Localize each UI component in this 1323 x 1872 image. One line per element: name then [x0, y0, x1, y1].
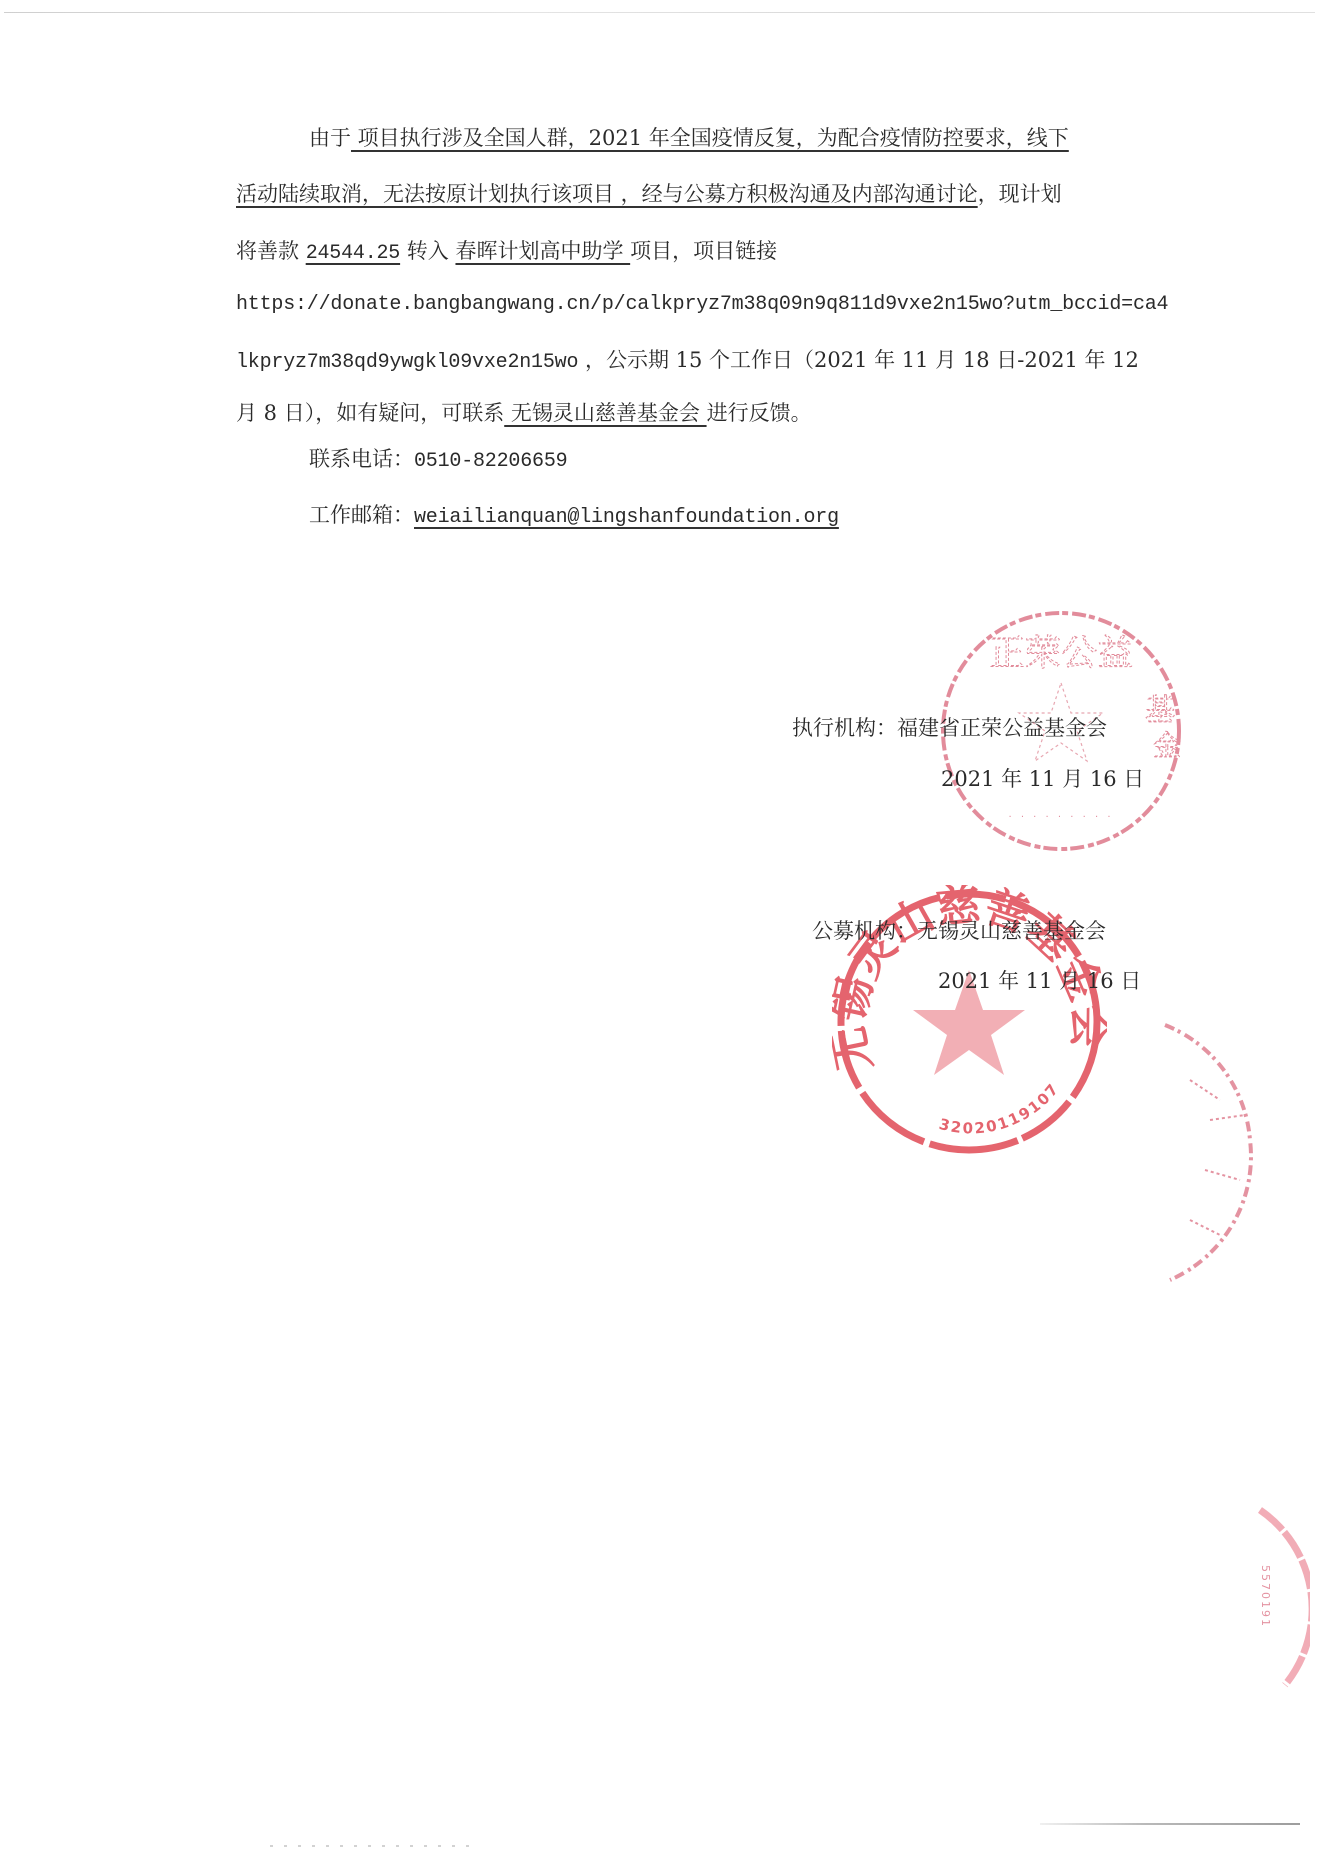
fundraising-org-date: 2021 年 11 月 16 日 — [938, 965, 1141, 995]
target-project: 春晖计划高中助学 — [455, 239, 630, 263]
reason-text-cont: 活动陆续取消，无法按原计划执行该项目 ，经与公募方积极沟通及内部沟通讨论 — [236, 182, 978, 206]
scan-artifact — [270, 1845, 470, 1847]
project-url-line-1[interactable]: https://donate.bangbangwang.cn/p/calkpry… — [236, 293, 1136, 317]
executing-org-label: 执行机构： — [792, 716, 897, 740]
scan-edge-top — [4, 12, 1315, 13]
partial-seal-right — [1150, 1020, 1270, 1290]
contact-phone-line: 联系电话：0510-82206659 — [309, 447, 1209, 474]
executing-org-line: 执行机构：福建省正荣公益基金会 — [792, 712, 1107, 742]
fundraising-org-line: 公募机构：无锡灵山慈善基金会 — [812, 915, 1106, 945]
email-link[interactable]: weiailianquan@lingshanfoundation.org — [414, 506, 839, 529]
phone-label: 联系电话： — [309, 447, 414, 471]
body-line-1: 由于 项目执行涉及全国人群，2021 年全国疫情反复，为配合疫情防控要求，线下 — [236, 126, 1136, 150]
body-line-6: 月 8 日），如有疑问，可联系 无锡灵山慈善基金会 进行反馈。 — [236, 401, 1136, 425]
text-segment: 进行反馈。 — [707, 401, 812, 425]
executing-org-name: 福建省正荣公益基金会 — [897, 716, 1107, 740]
body-line-3: 将善款 24544.25 转入 春晖计划高中助学 项目，项目链接 — [236, 239, 1136, 266]
contact-org: 无锡灵山慈善基金会 — [504, 401, 706, 425]
executing-org-date: 2021 年 11 月 16 日 — [941, 763, 1144, 793]
body-line-2: 活动陆续取消，无法按原计划执行该项目 ，经与公募方积极沟通及内部沟通讨论，现计划 — [236, 182, 1136, 206]
text-segment: ，现计划 — [978, 182, 1062, 206]
svg-text:5570191: 5570191 — [1259, 1565, 1272, 1628]
partial-seal-bottom-right: 5570191 — [1240, 1505, 1310, 1705]
svg-text:金: 金 — [1153, 729, 1181, 762]
svg-text:正荣公益: 正荣公益 — [989, 633, 1133, 674]
reason-text: 项目执行涉及全国人群，2021 年全国疫情反复，为配合疫情防控要求，线下 — [351, 126, 1069, 150]
text-segment: 将善款 — [236, 239, 306, 263]
amount: 24544.25 — [306, 242, 400, 265]
phone-number: 0510-82206659 — [414, 450, 567, 473]
fundraising-org-name: 无锡灵山慈善基金会 — [917, 919, 1106, 943]
email-label: 工作邮箱： — [309, 503, 414, 527]
scan-edge-bottom — [1040, 1823, 1300, 1825]
svg-text:基: 基 — [1145, 693, 1175, 728]
body-line-5: lkpryz7m38qd9ywgkl09vxe2n15wo ，公示期 15 个工… — [236, 348, 1136, 375]
project-url-cont[interactable]: lkpryz7m38qd9ywgkl09vxe2n15wo — [236, 351, 578, 374]
svg-text:· · · · · · · · ·: · · · · · · · · · — [1008, 812, 1113, 823]
fundraising-org-label: 公募机构： — [812, 919, 917, 943]
text-segment: 月 8 日），如有疑问，可联系 — [236, 401, 504, 425]
text-segment: 转入 — [400, 239, 455, 263]
text-segment: 由于 — [309, 126, 351, 150]
project-url[interactable]: https://donate.bangbangwang.cn/p/calkpry… — [236, 293, 1168, 316]
text-segment: 项目，项目链接 — [630, 239, 777, 263]
contact-email-line: 工作邮箱：weiailianquan@lingshanfoundation.or… — [309, 503, 1209, 530]
publicity-period: ，公示期 15 个工作日（2021 年 11 月 18 日-2021 年 12 — [578, 348, 1139, 372]
